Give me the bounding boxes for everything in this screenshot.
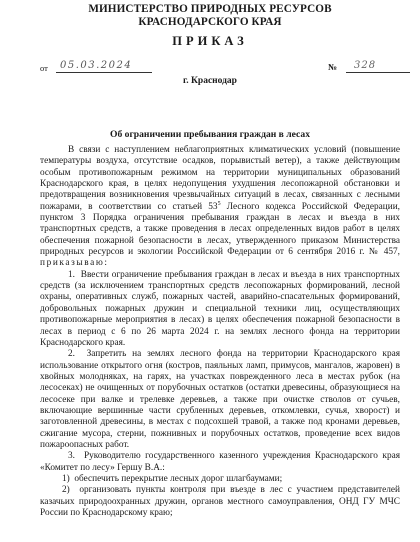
item-number: 3.: [68, 451, 75, 461]
order-word: приказываю:: [40, 258, 109, 268]
item-3: 3. Руководителю государственного казенно…: [40, 451, 400, 474]
item-2: 2. Запретить на землях лесного фонда на …: [40, 349, 400, 451]
item-1: 1. Ввести ограничение пребывания граждан…: [40, 270, 400, 349]
city: г. Краснодар: [0, 76, 420, 86]
from-label: от: [40, 63, 48, 73]
item-number: 1.: [68, 270, 75, 280]
handwritten-date: 05.03.2024: [56, 60, 152, 73]
document-title: Об ограничении пребывания граждан в леса…: [0, 129, 420, 140]
handwritten-number: 328: [346, 60, 410, 73]
subitem-number: 2): [62, 485, 70, 495]
order-document: МИНИСТЕРСТВО ПРИРОДНЫХ РЕСУРСОВ КРАСНОДА…: [0, 0, 420, 542]
subitem-text: обеспечить перекрытие лесных дорог шлагб…: [74, 474, 282, 484]
item-number: 2.: [68, 349, 75, 359]
ministry-name-line1: МИНИСТЕРСТВО ПРИРОДНЫХ РЕСУРСОВ: [0, 3, 420, 16]
item-text: Руководителю государственного казенного …: [40, 451, 400, 472]
subitem-text: организовать пункты контроля при въезде …: [40, 485, 400, 518]
subitem-number: 1): [62, 474, 70, 484]
item-text: Запретить на землях лесного фонда на тер…: [40, 349, 400, 450]
number-label: №: [328, 62, 337, 72]
ministry-name-line2: КРАСНОДАРСКОГО КРАЯ: [0, 16, 420, 29]
item-3-subitem-2: 2) организовать пункты контроля при въез…: [40, 485, 400, 519]
preamble: В связи с наступлением неблагоприятных к…: [40, 145, 400, 270]
item-text: Ввести ограничение пребывания граждан в …: [40, 270, 400, 348]
document-type: ПРИКАЗ: [0, 34, 420, 49]
document-body: В связи с наступлением неблагоприятных к…: [40, 145, 400, 519]
item-3-subitem-1: 1) обеспечить перекрытие лесных дорог шл…: [40, 474, 400, 485]
